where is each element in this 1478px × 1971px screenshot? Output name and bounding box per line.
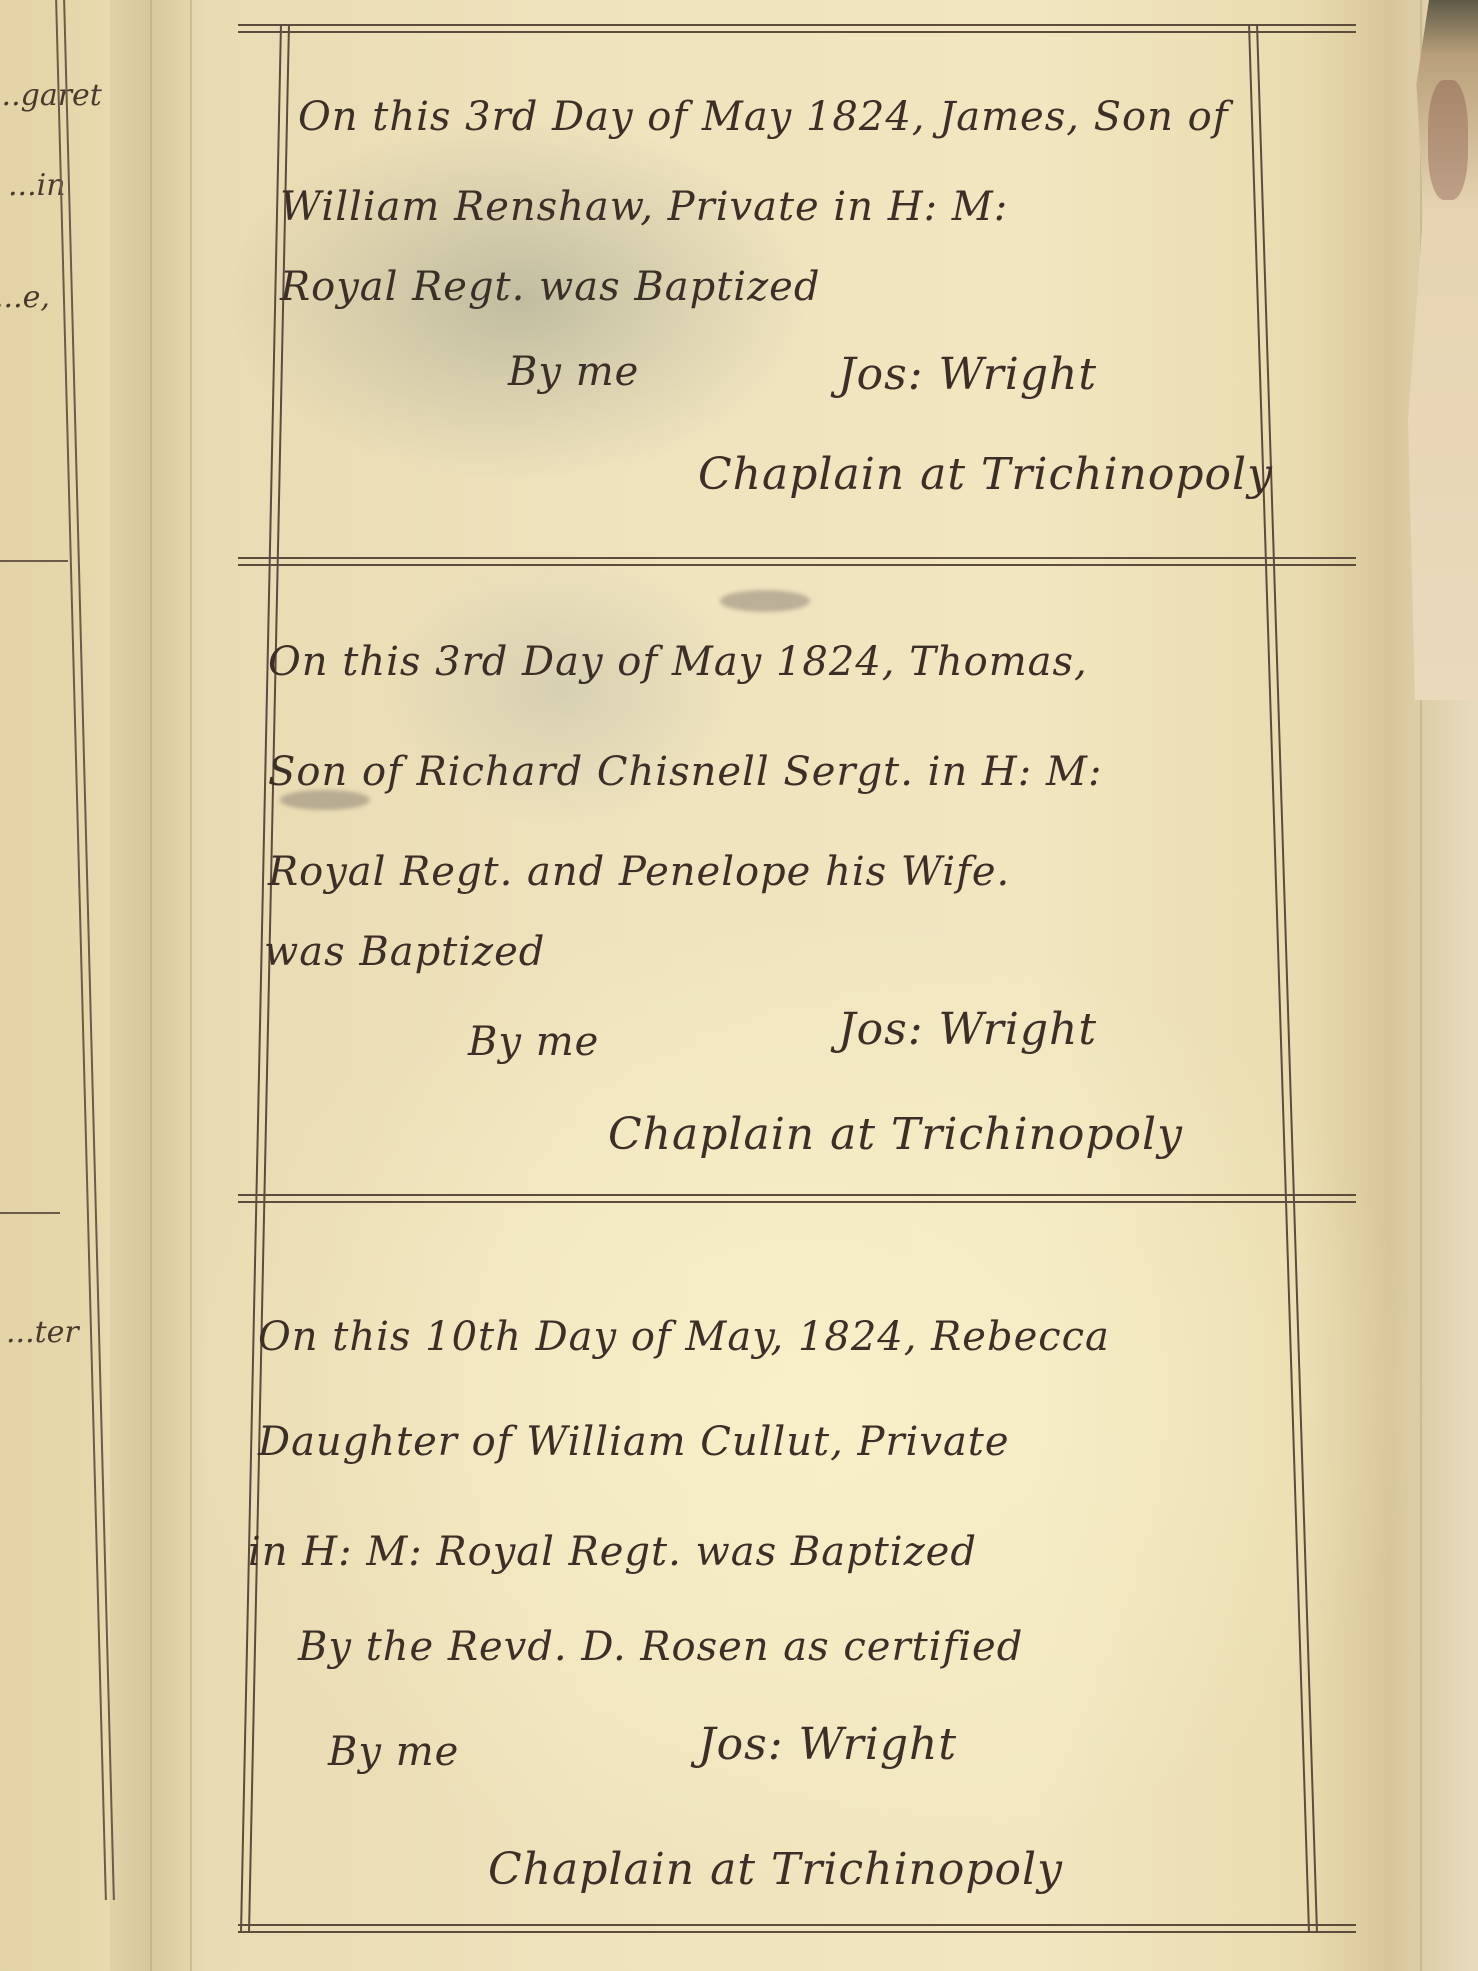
entry-line: By the Revd. D. Rosen as certified	[298, 1624, 1023, 1670]
by-me-label: By me	[328, 1729, 459, 1775]
by-me-label: By me	[508, 349, 639, 395]
left-page-divider	[0, 560, 68, 562]
register-frame: On this 3rd Day of May 1824, James, Son …	[238, 24, 1356, 1932]
entry-line: was Baptized	[264, 929, 545, 975]
frame-left-rule	[248, 24, 290, 1932]
chaplain-title: Chaplain at Trichinopoly	[698, 449, 1273, 500]
entry-divider	[238, 557, 1356, 559]
frame-left-rule	[240, 24, 282, 1932]
entry-divider	[238, 1194, 1356, 1196]
entry-line: On this 3rd Day of May 1824, James, Son …	[298, 94, 1229, 140]
chaplain-signature: Jos: Wright	[838, 1004, 1097, 1055]
frame-right-rule	[1248, 24, 1310, 1932]
frame-top-rule	[238, 31, 1356, 33]
by-me-label: By me	[468, 1019, 599, 1065]
entry-line: William Renshaw, Private in H: M:	[280, 184, 1008, 230]
entry-line: Son of Richard Chisnell Sergt. in H: M:	[268, 749, 1102, 795]
entry-divider	[238, 564, 1356, 566]
chaplain-title: Chaplain at Trichinopoly	[608, 1109, 1183, 1160]
left-page-fragment: ...in	[8, 168, 66, 203]
stain	[1428, 80, 1468, 200]
frame-top-rule	[238, 24, 1356, 26]
entry-line: Royal Regt. was Baptized	[280, 264, 820, 310]
left-page-fragment: ...garet	[0, 78, 102, 113]
entry-divider	[238, 1201, 1356, 1203]
frame-right-rule	[1256, 24, 1318, 1932]
left-page-fragment: ...e,	[0, 280, 50, 315]
frame-bottom-rule	[238, 1924, 1356, 1926]
entry-line: Royal Regt. and Penelope his Wife.	[268, 849, 1010, 895]
chaplain-signature: Jos: Wright	[838, 349, 1097, 400]
entry-line: in H: M: Royal Regt. was Baptized	[248, 1529, 977, 1575]
gutter-fold	[190, 0, 192, 1971]
chaplain-title: Chaplain at Trichinopoly	[488, 1844, 1063, 1895]
gutter-fold	[150, 0, 152, 1971]
chaplain-signature: Jos: Wright	[698, 1719, 957, 1770]
entry-line: On this 3rd Day of May 1824, Thomas,	[268, 639, 1088, 685]
frame-bottom-rule	[238, 1931, 1356, 1933]
left-facing-page: ...garet ...in ...e, ...ter	[0, 0, 110, 1971]
left-page-divider	[0, 1212, 60, 1214]
left-page-fragment: ...ter	[6, 1315, 79, 1350]
entry-line: Daughter of William Cullut, Private	[258, 1419, 1010, 1465]
entry-line: On this 10th Day of May, 1824, Rebecca	[258, 1314, 1110, 1360]
